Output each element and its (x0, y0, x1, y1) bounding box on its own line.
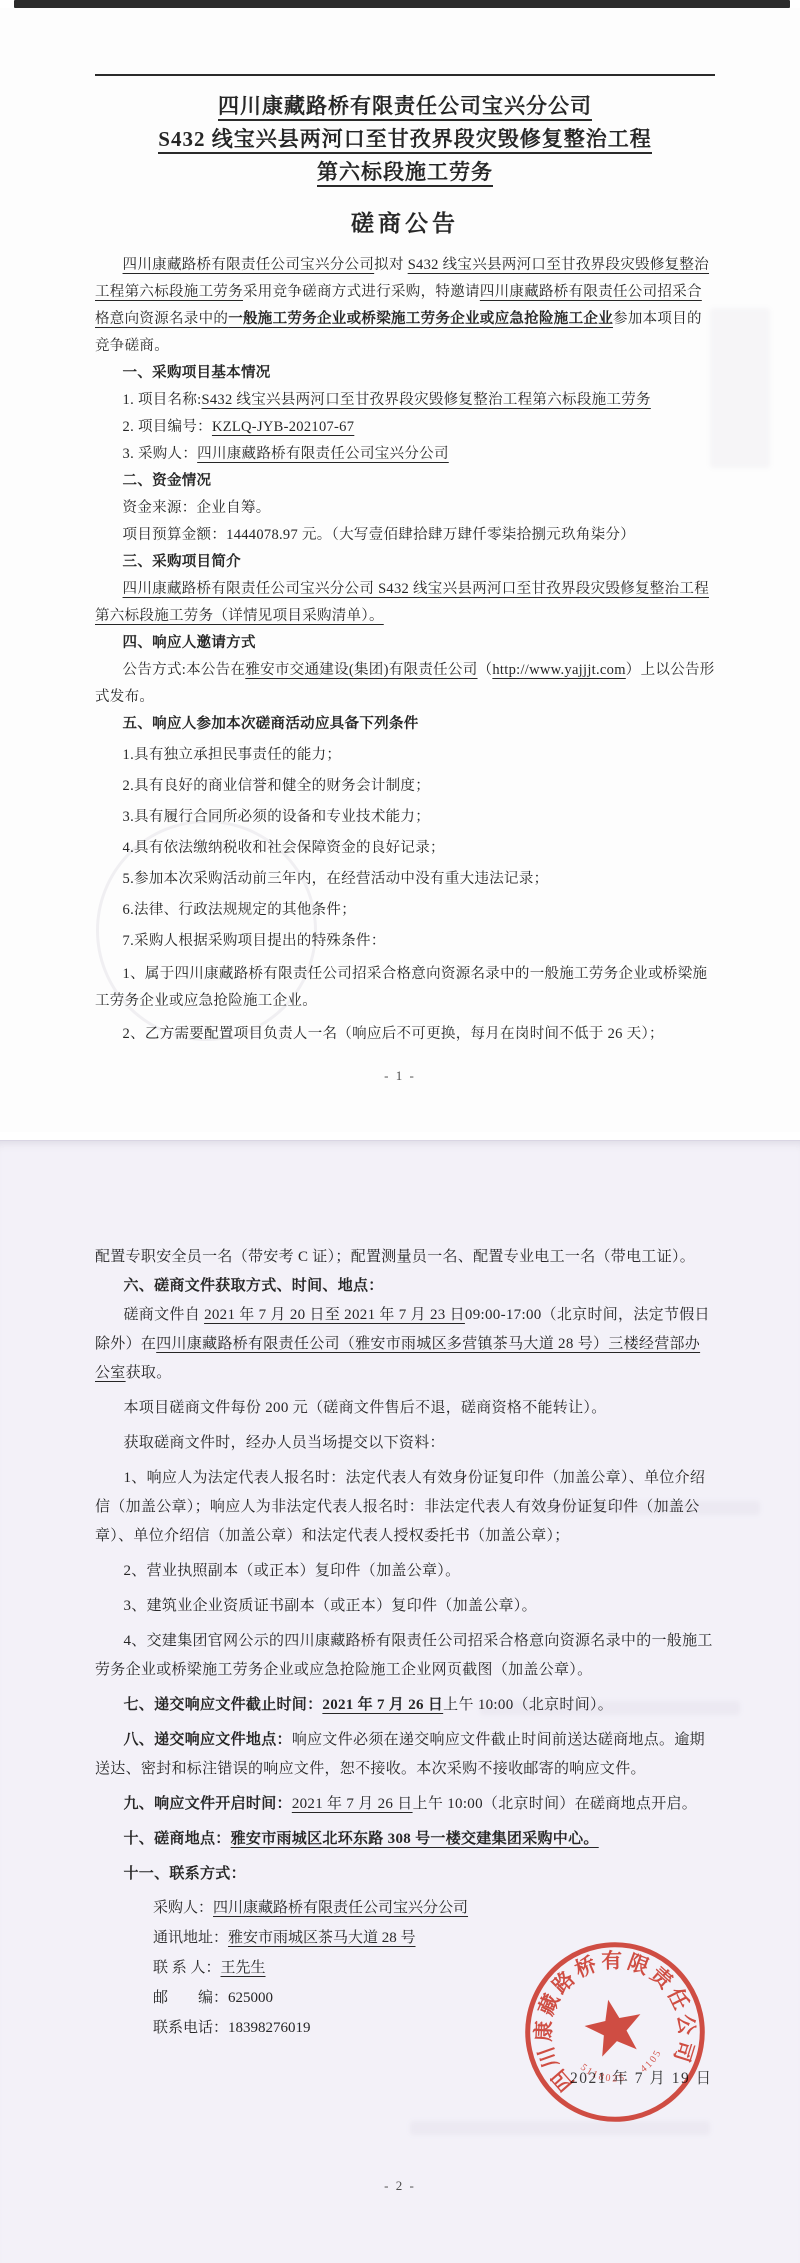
funding-source: 资金来源：企业自筹。 (95, 495, 715, 522)
document-acquisition-paragraph: 磋商文件自 2021 年 7 月 20 日至 2021 年 7 月 23 日09… (95, 1301, 715, 1388)
project-number-item: 2. 项目编号：KZLQ-JYB-202107-67 (95, 414, 715, 441)
opening-date: 2021 年 7 月 26 日 (292, 1796, 413, 1812)
intro-paragraph: 四川康藏路桥有限责任公司宝兴分公司拟对 S432 线宝兴县两河口至甘孜界段灾毁修… (95, 252, 715, 360)
section-6-heading: 六、磋商文件获取方式、时间、地点： (95, 1272, 715, 1301)
material-item-1: 1、响应人为法定代表人报名时：法定代表人有效身份证复印件（加盖公章）、单位介绍信… (95, 1464, 715, 1551)
materials-intro: 获取磋商文件时，经办人员当场提交以下资料： (95, 1429, 715, 1458)
section-3-heading: 三、采购项目简介 (95, 549, 715, 576)
seal-star-icon (580, 1994, 647, 2059)
deadline-date: 2021 年 7 月 26 日 (322, 1697, 443, 1713)
contact-person-value: 王先生 (221, 1960, 266, 1976)
company-seal: 四川康藏路桥有限责任公司 5118025 4105 (505, 1922, 726, 2143)
acquisition-dates: 2021 年 7 月 20 日至 2021 年 7 月 23 日 (204, 1307, 465, 1323)
page-2-number: - 2 - (0, 2178, 800, 2194)
opening-time-paragraph: 九、响应文件开启时间：2021 年 7 月 26 日上午 10:00（北京时间）… (95, 1790, 715, 1819)
section-4-heading: 四、响应人邀请方式 (95, 630, 715, 657)
website-url: http://www.yajjjt.com (492, 662, 625, 678)
header-rule (95, 74, 715, 76)
negotiation-address: 雅安市雨城区北环东路 308 号一楼交建集团采购中心。 (231, 1831, 599, 1847)
material-item-2: 2、营业执照副本（或正本）复印件（加盖公章）。 (95, 1557, 715, 1586)
project-summary: 四川康藏路桥有限责任公司宝兴分公司 S432 线宝兴县两河口至甘孜界段灾毁修复整… (95, 576, 715, 630)
document-title-line-1: 四川康藏路桥有限责任公司宝兴分公司 (95, 90, 715, 123)
condition-item-5: 5.参加本次采购活动前三年内，在经营活动中没有重大违法记录； (95, 866, 715, 893)
page-1: 四川康藏路桥有限责任公司宝兴分公司 S432 线宝兴县两河口至甘孜界段灾毁修复整… (0, 8, 800, 1132)
section-5-heading: 五、响应人参加本次磋商活动应具备下列条件 (95, 711, 715, 738)
contact-phone-value: 18398276019 (228, 2020, 311, 2036)
condition-item-3: 3.具有履行合同所必须的设备和专业技术能力； (95, 804, 715, 831)
page-2: 配置专职安全员一名（带安考 C 证）；配置测量员一名、配置专业电工一名（带电工证… (0, 1140, 800, 2263)
document-fee: 本项目磋商文件每份 200 元（磋商文件售后不退，磋商资格不能转让）。 (95, 1394, 715, 1423)
contact-postcode-value: 625000 (228, 1990, 273, 2006)
section-2-heading: 二、资金情况 (95, 468, 715, 495)
project-name-value: S432 线宝兴县两河口至甘孜界段灾毁修复整治工程第六标段施工劳务 (201, 392, 650, 408)
seal-number-text: 5118025 4105 (577, 2045, 669, 2092)
condition-item-7: 7.采购人根据采购项目提出的特殊条件： (95, 928, 715, 955)
condition-item-6: 6.法律、行政法规规定的其他条件； (95, 897, 715, 924)
announcement-method: 公告方式:本公告在雅安市交通建设(集团)有限责任公司（http://www.ya… (95, 657, 715, 711)
special-condition-2: 2、乙方需要配置项目负责人一名（响应后不可更换，每月在岗时间不低于 26 天）； (95, 1021, 715, 1048)
material-item-4: 4、交建集团官网公示的四川康藏路桥有限责任公司招采合格意向资源名录中的一般施工劳… (95, 1627, 715, 1685)
acquisition-address: 四川康藏路桥有限责任公司（雅安市雨城区多营镇茶马大道 28 号）三楼经营部办公室 (95, 1336, 700, 1381)
negotiation-location-paragraph: 十、磋商地点：雅安市雨城区北环东路 308 号一楼交建集团采购中心。 (95, 1825, 715, 1854)
project-name-item: 1. 项目名称:S432 线宝兴县两河口至甘孜界段灾毁修复整治工程第六标段施工劳… (95, 387, 715, 414)
contact-buyer-value: 四川康藏路桥有限责任公司宝兴分公司 (213, 1900, 468, 1916)
material-item-3: 3、建筑业企业资质证书副本（或正本）复印件（加盖公章）。 (95, 1592, 715, 1621)
section-11-heading: 十一、联系方式： (95, 1860, 715, 1889)
notice-heading: 磋商公告 (95, 205, 715, 238)
contact-buyer: 采购人：四川康藏路桥有限责任公司宝兴分公司 (153, 1893, 715, 1923)
project-number-value: KZLQ-JYB-202107-67 (212, 419, 354, 435)
budget-amount: 项目预算金额：1444078.97 元。（大写壹佰肆拾肆万肆仟零柒拾捌元玖角柒分… (95, 522, 715, 549)
page-1-number: - 1 - (0, 1068, 800, 1084)
submission-location-paragraph: 八、递交响应文件地点：响应文件必须在递交响应文件截止时间前送达磋商地点。逾期送达… (95, 1726, 715, 1784)
condition-item-4: 4.具有依法缴纳税收和社会保障资金的良好记录； (95, 835, 715, 862)
continuation-paragraph: 配置专职安全员一名（带安考 C 证）；配置测量员一名、配置专业电工一名（带电工证… (95, 1243, 715, 1272)
document-title-line-2: S432 线宝兴县两河口至甘孜界段灾毁修复整治工程 (95, 123, 715, 156)
condition-item-1: 1.具有独立承担民事责任的能力； (95, 742, 715, 769)
condition-item-2: 2.具有良好的商业信誉和健全的财务会计制度； (95, 773, 715, 800)
buyer-name: 四川康藏路桥有限责任公司宝兴分公司 (123, 257, 375, 273)
special-condition-1: 1、属于四川康藏路桥有限责任公司招采合格意向资源名录中的一般施工劳务企业或桥梁施… (95, 961, 715, 1015)
deadline-paragraph: 七、递交响应文件截止时间：2021 年 7 月 26 日上午 10:00（北京时… (95, 1691, 715, 1720)
document-title-line-3: 第六标段施工劳务 (95, 156, 715, 189)
section-1-heading: 一、采购项目基本情况 (95, 360, 715, 387)
scan-edge-artifact (14, 0, 790, 8)
company-seal-graphic: 四川康藏路桥有限责任公司 5118025 4105 (505, 1922, 726, 2143)
publisher-name: 雅安市交通建设(集团)有限责任公司 (245, 662, 477, 678)
purchaser-item: 3. 采购人：四川康藏路桥有限责任公司宝兴分公司 (95, 441, 715, 468)
document-title: 四川康藏路桥有限责任公司宝兴分公司 S432 线宝兴县两河口至甘孜界段灾毁修复整… (95, 90, 715, 189)
contact-address-value: 雅安市雨城区茶马大道 28 号 (228, 1930, 416, 1946)
purchaser-value: 四川康藏路桥有限责任公司宝兴分公司 (197, 446, 449, 462)
